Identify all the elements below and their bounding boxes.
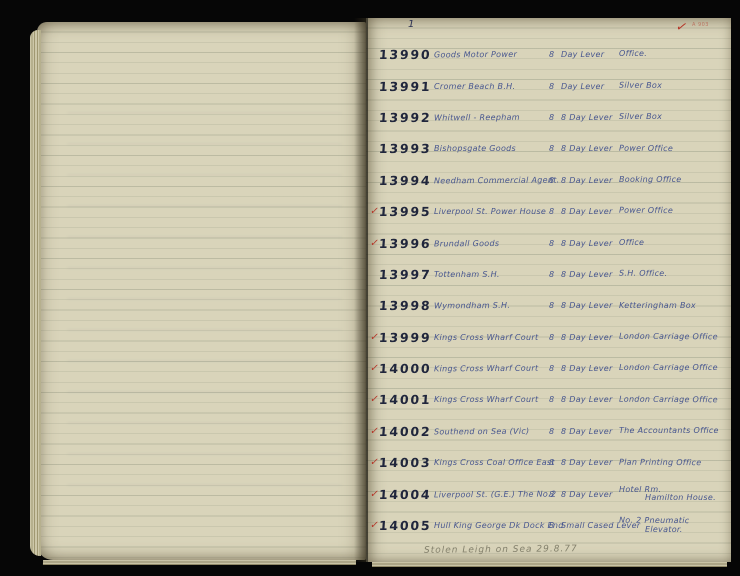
entry-description: Needham Commercial Agent. bbox=[434, 175, 549, 185]
entry-dial-size: 8 bbox=[549, 364, 561, 373]
entry-description: Goods Motor Power bbox=[434, 50, 549, 60]
entry-dial-size: 8 bbox=[549, 82, 561, 91]
entry-location: Power Office bbox=[619, 144, 727, 153]
entry-number: 14003 bbox=[378, 455, 434, 470]
entry-movement: Day Lever bbox=[561, 82, 619, 91]
ledger-entry: ✓14004Liverpool St. (G.E.) The No.288 Da… bbox=[370, 478, 727, 509]
entry-movement: 8 Day Lever bbox=[561, 395, 619, 404]
entry-description: Brundall Goods bbox=[434, 238, 549, 248]
entry-movement: 8 Day Lever bbox=[561, 427, 619, 436]
entry-movement: Day Lever bbox=[561, 50, 619, 59]
entry-location-line1: Power Office bbox=[619, 206, 673, 215]
entry-description: Bishopsgate Goods bbox=[434, 144, 549, 153]
entry-description: Liverpool St. Power House bbox=[434, 207, 549, 216]
ledger-entry: ✓13999Kings Cross Wharf Court88 Day Leve… bbox=[370, 322, 727, 353]
ink-showthrough bbox=[67, 112, 342, 500]
entry-location-line1: Plan Printing Office bbox=[619, 457, 702, 467]
entry-location: Office bbox=[619, 239, 727, 248]
entry-location: Power Office bbox=[619, 207, 727, 216]
entry-movement: 8 Day Lever bbox=[561, 458, 619, 467]
entry-description: Kings Cross Coal Office East bbox=[434, 458, 549, 467]
entry-movement: 8 Day Lever bbox=[561, 239, 619, 248]
entry-description: Tottenham S.H. bbox=[434, 270, 549, 279]
entry-location: No. 2 PneumaticElevator. bbox=[619, 517, 727, 535]
ledger-entry: ✓14001Kings Cross Wharf Court88 Day Leve… bbox=[370, 384, 727, 415]
entry-dial-size: 8 bbox=[549, 427, 561, 436]
entry-location: London Carriage Office bbox=[619, 333, 727, 342]
entry-description: Hull King George Dk Dock End bbox=[434, 521, 549, 530]
entry-location-line1: Power Office bbox=[619, 143, 673, 152]
entry-description: Southend on Sea (Vic) bbox=[434, 426, 549, 436]
entry-location-line1: Ketteringham Box bbox=[619, 301, 696, 310]
entry-description: Cromer Beach B.H. bbox=[434, 82, 549, 91]
entry-location-line1: London Carriage Office bbox=[619, 394, 718, 404]
entry-description: Kings Cross Wharf Court bbox=[434, 395, 549, 404]
right-page: 1 ✓ A 903 13990Goods Motor Power8Day Lev… bbox=[366, 18, 731, 562]
entry-dial-size: 8 bbox=[549, 270, 561, 279]
ledger-entry: 13990Goods Motor Power8Day LeverOffice. bbox=[370, 39, 727, 70]
corner-annotation-text: A 903 bbox=[692, 22, 709, 28]
ledger-entry: ✓14005Hull King George Dk Dock End8Small… bbox=[370, 510, 727, 541]
entry-dial-size: 8 bbox=[549, 50, 561, 59]
entry-dial-size: 8 bbox=[549, 458, 561, 467]
pencil-footnote: Stolen Leigh on Sea 29.8.77 bbox=[424, 544, 578, 556]
entry-location-line2: Hamilton House. bbox=[619, 494, 727, 503]
corner-annotation: ✓ A 903 bbox=[676, 21, 709, 32]
entry-location-line1: The Accountants Office bbox=[619, 426, 719, 435]
entry-description: Wymondham S.H. bbox=[434, 301, 549, 311]
entry-movement: 8 Day Lever bbox=[561, 207, 619, 216]
ledger-entry: ✓14002Southend on Sea (Vic)88 Day LeverT… bbox=[370, 416, 727, 447]
ledger-entry: ✓13996Brundall Goods88 Day LeverOffice bbox=[370, 227, 727, 258]
ledger-entry: 13991Cromer Beach B.H.8Day LeverSilver B… bbox=[370, 70, 727, 101]
entry-number: 13995 bbox=[378, 204, 434, 219]
entry-movement: 8 Day Lever bbox=[561, 333, 619, 342]
entry-location-line2: Elevator. bbox=[619, 525, 727, 534]
entry-number: 13999 bbox=[378, 330, 434, 345]
entry-number: 13990 bbox=[378, 47, 434, 62]
ledger-entry: 13997Tottenham S.H.88 Day LeverS.H. Offi… bbox=[370, 259, 727, 290]
entry-location: Ketteringham Box bbox=[619, 302, 727, 311]
red-checkmark-icon: ✓ bbox=[675, 22, 689, 32]
entry-number: 13994 bbox=[378, 173, 434, 188]
entry-location: Hotel Rm.Hamilton House. bbox=[619, 486, 727, 503]
entry-location: Silver Box bbox=[619, 113, 727, 122]
entry-location-line1: S.H. Office. bbox=[619, 269, 667, 278]
entry-location-line1: London Carriage Office bbox=[619, 363, 718, 372]
entry-location-line1: No. 2 Pneumatic bbox=[619, 516, 689, 525]
entry-dial-size: 8 bbox=[549, 144, 561, 153]
entry-description: Kings Cross Wharf Court bbox=[434, 333, 549, 342]
entry-dial-size: 8 bbox=[549, 521, 561, 530]
entry-number: 13993 bbox=[378, 141, 434, 156]
entry-description: Kings Cross Wharf Court bbox=[434, 364, 549, 374]
ledger-entry: ✓14000Kings Cross Wharf Court88 Day Leve… bbox=[370, 353, 727, 384]
entry-movement: Small Cased Lever bbox=[561, 521, 619, 530]
entry-movement: 8 Day Lever bbox=[561, 490, 619, 499]
ledger-entry: ✓14003Kings Cross Coal Office East88 Day… bbox=[370, 447, 727, 478]
entry-number: 14005 bbox=[378, 518, 434, 533]
entry-number: 13998 bbox=[378, 298, 434, 313]
entry-movement: 8 Day Lever bbox=[561, 364, 619, 373]
ledger-entry: 13994Needham Commercial Agent.88 Day Lev… bbox=[370, 165, 727, 196]
entry-dial-size: 8 bbox=[549, 113, 561, 122]
entry-dial-size: 8 bbox=[549, 207, 561, 216]
entry-number: 14001 bbox=[378, 392, 434, 407]
ledger-entry: 13998Wymondham S.H.88 Day LeverKettering… bbox=[370, 290, 727, 321]
entry-location: Silver Box bbox=[619, 81, 727, 90]
entry-dial-size: 8 bbox=[549, 395, 561, 404]
entry-number: 13996 bbox=[378, 236, 434, 251]
entry-number: 14000 bbox=[378, 361, 434, 376]
page-top-mark: 1 bbox=[408, 19, 414, 30]
entry-number: 14002 bbox=[378, 424, 434, 439]
entry-number: 13997 bbox=[378, 267, 434, 282]
entry-movement: 8 Day Lever bbox=[561, 301, 619, 310]
entry-location-line1: Booking Office bbox=[619, 175, 682, 184]
entry-number: 14004 bbox=[378, 487, 434, 502]
ledger-book-photo: 1 ✓ A 903 13990Goods Motor Power8Day Lev… bbox=[0, 0, 740, 576]
entry-number: 13991 bbox=[378, 79, 434, 94]
entry-location-line1: Silver Box bbox=[619, 112, 662, 121]
entry-movement: 8 Day Lever bbox=[561, 270, 619, 279]
ledger-entry: 13992Whitwell - Reepham88 Day LeverSilve… bbox=[370, 102, 727, 133]
entry-location: Plan Printing Office bbox=[619, 458, 727, 467]
entry-dial-size: 8 bbox=[549, 333, 561, 342]
ledger-entries: 13990Goods Motor Power8Day LeverOffice.1… bbox=[370, 39, 727, 541]
entry-location: Booking Office bbox=[619, 176, 727, 185]
entry-location-line1: Silver Box bbox=[619, 80, 662, 89]
entry-dial-size: 8 bbox=[549, 301, 561, 310]
ledger-entry: 13993Bishopsgate Goods88 Day LeverPower … bbox=[370, 133, 727, 164]
entry-dial-size: 8 bbox=[549, 239, 561, 248]
entry-location: London Carriage Office bbox=[619, 395, 727, 404]
entry-location: The Accountants Office bbox=[619, 427, 727, 436]
entry-location-line1: London Carriage Office bbox=[619, 332, 718, 342]
entry-location: Office. bbox=[619, 50, 727, 59]
entry-location: S.H. Office. bbox=[619, 270, 727, 279]
left-page bbox=[37, 22, 366, 560]
entry-location: London Carriage Office bbox=[619, 364, 727, 373]
entry-movement: 8 Day Lever bbox=[561, 176, 619, 185]
entry-location-line1: Office bbox=[619, 238, 644, 247]
entry-number: 13992 bbox=[378, 110, 434, 125]
ledger-entry: ✓13995Liverpool St. Power House88 Day Le… bbox=[370, 196, 727, 227]
entry-location-line1: Office. bbox=[619, 49, 647, 58]
entry-description: Whitwell - Reepham bbox=[434, 113, 549, 123]
entry-movement: 8 Day Lever bbox=[561, 144, 619, 153]
entry-description: Liverpool St. (G.E.) The No.2 bbox=[434, 489, 549, 499]
entry-movement: 8 Day Lever bbox=[561, 113, 619, 122]
